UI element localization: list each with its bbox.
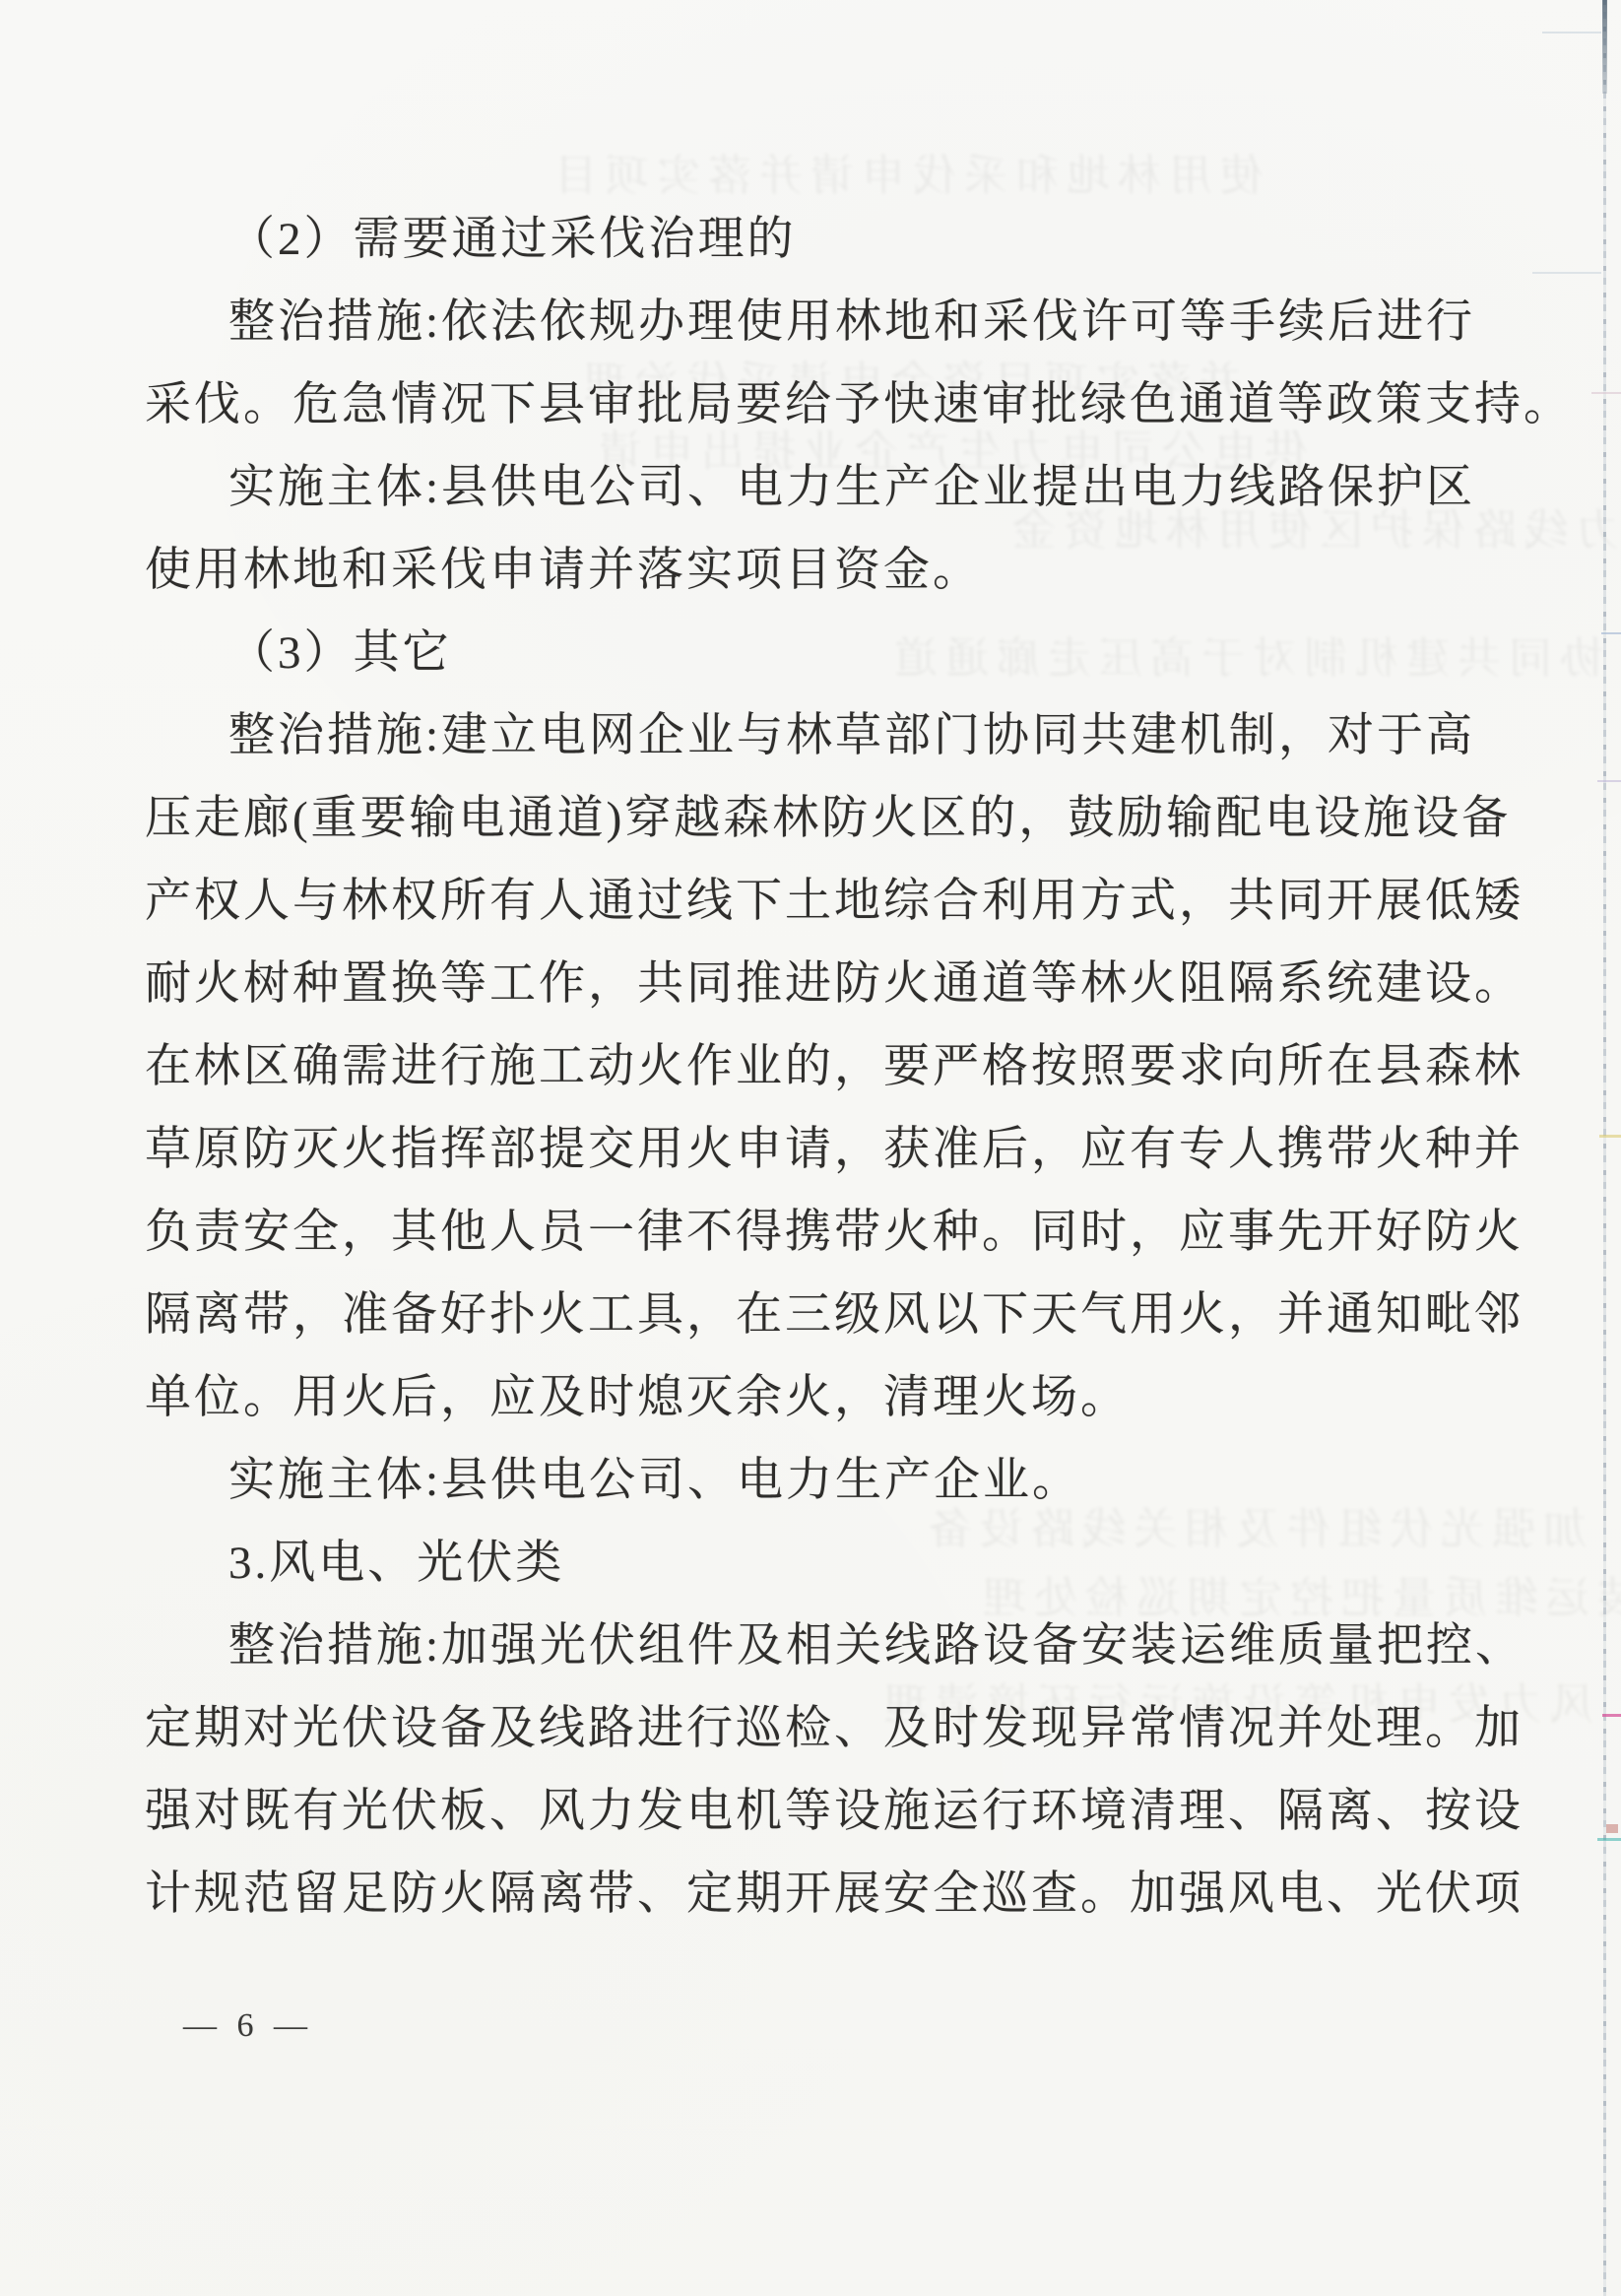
text-line: 定期对光伏设备及线路进行巡检、及时发现异常情况并处理。加	[145, 1704, 1524, 1754]
scan-tick	[1591, 392, 1621, 394]
text-line: 草原防灭火指挥部提交用火申请，获准后，应有专人携带火种并	[145, 1125, 1524, 1175]
text-line: 采伐。危急情况下县审批局要给予快速审批绿色通道等政策支持。	[145, 380, 1573, 430]
scan-hairline	[1542, 32, 1601, 33]
scanner-streak	[1603, 0, 1606, 2296]
bleedthrough-text: 安装运维质量把控定期巡检处理	[975, 1562, 1621, 1625]
scanner-streak-cap	[1602, 0, 1607, 94]
text-line: 整治措施:依法依规办理使用林地和采伐许可等手续后进行	[228, 297, 1475, 348]
scan-tick	[1606, 1824, 1618, 1833]
bleedthrough-text: 使用林地和采伐申请并落实项目	[547, 140, 1264, 203]
text-line: 强对既有光伏板、风力发电机等设施运行环境清理、隔离、按设	[145, 1787, 1524, 1837]
text-line: （3）其它	[228, 628, 452, 679]
text-line: 实施主体:县供电公司、电力生产企业。	[228, 1456, 1081, 1506]
scan-tick	[1597, 780, 1621, 782]
bleedthrough-text: 协同共建机制对于高压走廊通道	[886, 623, 1603, 686]
text-line: 隔离带，准备好扑火工具，在三级风以下天气用火，并通知毗邻	[145, 1290, 1524, 1341]
scan-hairline	[1532, 272, 1601, 274]
text-line: 在林区确需进行施工动火作业的，要严格按照要求向所在县森林	[145, 1042, 1524, 1092]
text-line: 耐火树种置换等工作，共同推进防火通道等林火阻隔系统建设。	[145, 959, 1524, 1010]
scan-tick	[1597, 1838, 1621, 1841]
section-heading: 3.风电、光伏类	[228, 1539, 564, 1589]
text-line: 实施主体:县供电公司、电力生产企业提出电力线路保护区	[228, 463, 1475, 513]
text-line: （2）需要通过采伐治理的	[228, 215, 797, 265]
text-line: 计规范留足防火隔离带、定期开展安全巡查。加强风电、光伏项	[145, 1870, 1524, 1920]
text-line: 负责安全，其他人员一律不得携带火种。同时，应事先开好防火	[145, 1208, 1524, 1258]
document-page: 使用林地和采伐申请并落实项目 并落实项目资金申请采伐治理 供电公司电力生产企业提…	[0, 0, 1621, 2296]
text-line: 使用林地和采伐申请并落实项目资金。	[145, 546, 982, 596]
text-line: 压走廊(重要输电通道)穿越森林防火区的，鼓励输配电设施设备	[145, 794, 1511, 844]
text-line: 单位。用火后，应及时熄灭余火，清理火场。	[145, 1373, 1130, 1423]
text-line: 整治措施:建立电网企业与林草部门协同共建机制，对于高	[228, 711, 1475, 761]
text-line: 整治措施:加强光伏组件及相关线路设备安装运维质量把控、	[228, 1621, 1524, 1672]
page-number: — 6 —	[183, 2007, 313, 2045]
text-line: 产权人与林权所有人通过线下土地综合利用方式，共同开展低矮	[145, 877, 1524, 927]
